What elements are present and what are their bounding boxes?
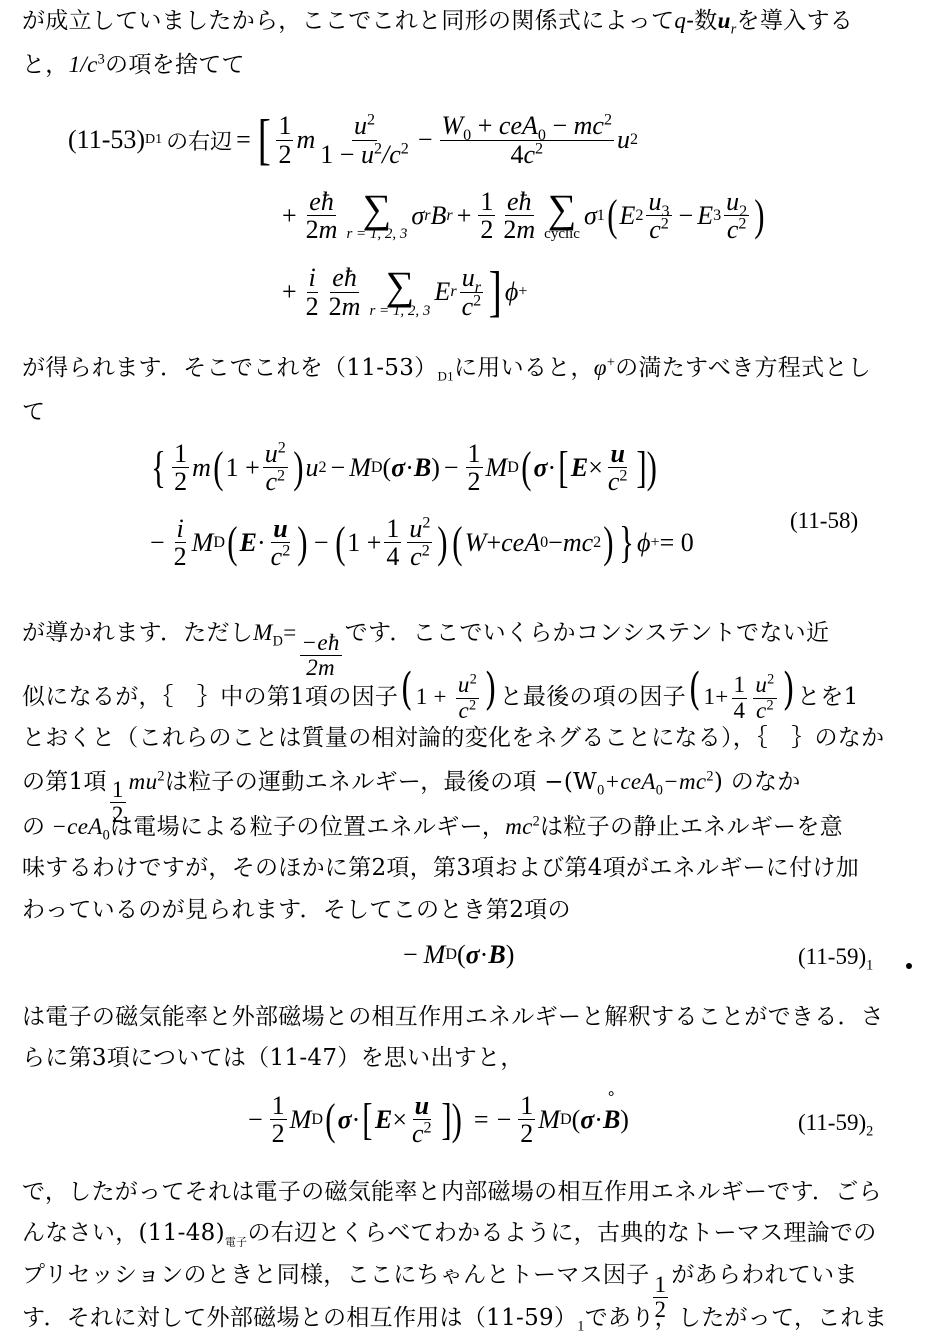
text: は粒子の静止エネルギーを意 [540,814,843,840]
paragraph-3-line-3: とおくと（これらのことは質量の相対論的変化をネグることになる），｛ ｝のなか [22,723,922,753]
eq-ref: (11-53) [68,125,145,155]
equation-11-58-row1: { 12m (1 + u2c2 )u2 − MD(σ·B) − 12 MD(σ·… [148,440,662,496]
text: プリセッションのときと同様，ここにちゃんとトーマス因子 [22,1262,650,1288]
equation-11-53-rhs-row3: + i2 eħ2m ∑r = 1, 2, 3 Er urc2 ] ϕ+ [282,264,527,320]
equation-11-59-2: − 12 MD(σ·[E × uc2 ]) = − 12 MD(σ·B) [248,1092,629,1148]
text: 似になるが，｛ ｝中の第1項の因子 [22,684,398,710]
text: -数 [686,8,717,34]
paragraph-2-line-2: て [22,397,922,427]
eq-lhs-text: の右辺 [166,125,232,156]
paragraph-5-line-1: で，したがってそれは電子の磁気能率と内部磁場の相互作用エネルギーです．ごら [22,1177,922,1207]
text: が得られます．そこでこれを（11-53） [22,355,437,381]
paragraph-3-line-7: わっているのが見られます．そしてこのとき第2項の [22,895,922,925]
equation-number-11-59-2: (11-59)2 [798,1110,873,1136]
text: を導入する [737,8,854,34]
equation-11-53-rhs-row1: (11-53)D1 の右辺 = [ 12 m u21 − u2/c2 − W0 … [68,112,638,168]
summation-r: ∑r = 1, 2, 3 [346,189,407,242]
text: は電場による粒子の位置エネルギー， [110,814,505,840]
text: す．それに対して外部磁場との相互作用は（11-59） [22,1305,577,1331]
summation-cyclic: ∑cyclic [544,189,580,242]
text: は粒子の運動エネルギー，最後の項 −(W [165,769,597,795]
text: ) のなか [714,769,801,795]
equation-11-53-rhs-row2: + eħ2m ∑r = 1, 2, 3 σrBr + 12 eħ2m ∑cycl… [282,188,767,244]
close-bracket: ] [489,264,502,320]
text: の右辺とくらべてわかるように，古典的なトーマス理論での [247,1220,876,1246]
text: が導かれます．ただし [22,620,253,646]
paragraph-4-line-1: は電子の磁気能率と外部磁場との相互作用エネルギーと解釈することができる．さ [22,1002,922,1032]
equation-11-59-1: −MD(σ·B) [403,940,514,970]
stray-mark [906,963,912,969]
math-q: q [674,8,686,33]
text: に用いると， [454,355,594,381]
text: と， [22,52,69,78]
math-sup: 3 [98,51,105,67]
text: とを1 [797,684,859,710]
paragraph-1-line-1: が成立していましたから，ここでこれと同形の関係式によってq-数urを導入する [22,6,922,36]
paragraph-2-line-1: が得られます．そこでこれを（11-53）D1に用いると，φ+の満たすべき方程式と… [22,353,922,383]
text: があらわれていま [671,1262,857,1288]
text: の項を捨てて [105,52,245,78]
text: の満たすべき方程式とし [615,355,871,381]
text: が成立していましたから，ここでこれと同形の関係式によって [22,8,674,34]
paragraph-3-line-6: 味するわけですが，そのほかに第2項，第3項および第4項がエネルギーに付け加 [22,853,922,883]
text: と最後の項の因子 [500,684,686,710]
equation-number-11-59-1: (11-59)1 [798,944,873,970]
text: です．ここでいくらかコンシステントでない近 [345,620,830,646]
equation-11-58-row2: − i2 MD(E· uc2) − (1 + 14 u2c2 )(W + ceA… [150,515,694,571]
paragraph-1-line-2: と，1/c3の項を捨てて [22,50,922,80]
open-bracket: [ [258,112,271,168]
text: の第1項 [22,769,107,795]
paragraph-3-line-2: 似になるが，｛ ｝中の第1項の因子(1 + u2c2)と最後の項の因子(1+14… [22,668,922,723]
paragraph-5-line-4: す．それに対して外部磁場との相互作用は（11-59）1であり，したがって，これま [22,1303,922,1333]
text: であり，したがって，これま [585,1305,887,1331]
math-u: u [718,8,731,33]
math-1-over-c: 1/c [69,52,98,77]
text: んなさい，(11-48) [22,1220,225,1246]
text: の [22,814,45,840]
paragraph-4-line-2: らに第3項については（11-47）を思い出すと， [22,1043,922,1073]
paragraph-5-line-2: んなさい，(11-48)電子の右辺とくらべてわかるように，古典的なトーマス理論で… [22,1218,922,1248]
paragraph-3-line-5: の −ceA0は電場による粒子の位置エネルギー，mc2は粒子の静止エネルギーを意 [22,812,922,842]
equation-number-11-58: (11-58) [790,508,858,534]
